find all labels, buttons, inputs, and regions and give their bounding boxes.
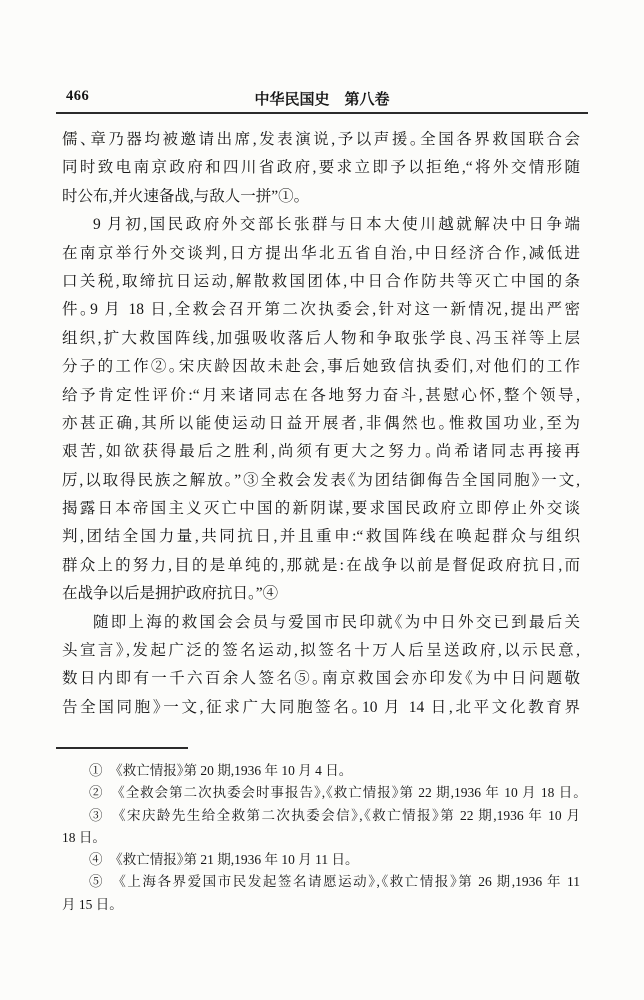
body-line: 在战争以后是拥护政府抗日。”④	[62, 580, 580, 608]
header-rule	[56, 112, 588, 114]
footnote-line: 18 日。	[62, 827, 580, 849]
book-page: 466 中华民国史 第八卷 儒、章乃器均被邀请出席,发表演说,予以声援。全国各界…	[0, 0, 644, 1000]
running-header: 466 中华民国史 第八卷	[56, 88, 588, 108]
body-line: 儒、章乃器均被邀请出席,发表演说,予以声援。全国各界救国联合会	[62, 126, 580, 154]
footnote-line: ③ 《宋庆龄先生给全救第二次执委会信》,《救亡情报》第 22 期,1936 年 …	[62, 805, 580, 827]
header-title: 中华民国史 第八卷	[56, 88, 588, 109]
body-line: 在南京举行外交谈判,日方提出华北五省自治,中日经济合作,减低进	[62, 240, 580, 268]
body-line: 随即上海的救国会会员与爱国市民印就《为中日外交已到最后关	[62, 609, 580, 637]
body-line: 判,团结全国力量,共同抗日,并且重申:“救国阵线在唤起群众与组织	[62, 523, 580, 551]
footnote-line: ② 《全救会第二次执委会时事报告》,《救亡情报》第 22 期,1936 年 10…	[62, 782, 580, 804]
body-line: 9 月初,国民政府外交部长张群与日本大使川越就解决中日争端	[62, 211, 580, 239]
body-line: 口关税,取缔抗日运动,解散救国团体,中日合作防共等灭亡中国的条	[62, 268, 580, 296]
body-line: 分子的工作②。宋庆龄因故未赴会,事后她致信执委们,对他们的工作	[62, 353, 580, 381]
footnote-line: 月 15 日。	[62, 894, 580, 916]
footnote-line: ④ 《救亡情报》第 21 期,1936 年 10 月 11 日。	[62, 849, 580, 871]
footnote-divider	[56, 747, 188, 749]
body-line: 揭露日本帝国主义灭亡中国的新阴谋,要求国民政府立即停止外交谈	[62, 495, 580, 523]
footnote-line: ① 《救亡情报》第 20 期,1936 年 10 月 4 日。	[62, 760, 580, 782]
body-line: 厉,以取得民族之解放。”③全救会发表《为团结御侮告全国同胞》一文,	[62, 467, 580, 495]
body-line: 同时致电南京政府和四川省政府,要求立即予以拒绝,“将外交情形随	[62, 154, 580, 182]
body-line: 告全国同胞》一文,征求广大同胞签名。10 月 14 日,北平文化教育界	[62, 694, 580, 722]
body-line: 组织,扩大救国阵线,加强吸收落后人物和争取张学良、冯玉祥等上层	[62, 325, 580, 353]
body-line: 头宣言》,发起广泛的签名运动,拟签名十万人后呈送政府,以示民意,	[62, 637, 580, 665]
footnote-line: ⑤ 《上海各界爱国市民发起签名请愿运动》,《救亡情报》第 26 期,1936 年…	[62, 871, 580, 893]
body-line: 艰苦,如欲获得最后之胜利,尚须有更大之努力。尚希诸同志再接再	[62, 438, 580, 466]
body-line: 群众上的努力,目的是单纯的,那就是:在战争以前是督促政府抗日,而	[62, 552, 580, 580]
body-line: 给予肯定性评价:“月来诸同志在各地努力奋斗,甚慰心怀,整个领导,	[62, 382, 580, 410]
body-text: 儒、章乃器均被邀请出席,发表演说,予以声援。全国各界救国联合会 同时致电南京政府…	[62, 126, 580, 722]
footnotes: ① 《救亡情报》第 20 期,1936 年 10 月 4 日。 ② 《全救会第二…	[62, 760, 580, 916]
body-line: 时公布,并火速备战,与敌人一拼”①。	[62, 183, 580, 211]
body-line: 亦甚正确,其所以能使运动日益开展者,非偶然也。惟救国功业,至为	[62, 410, 580, 438]
body-line: 数日内即有一千六百余人签名⑤。南京救国会亦印发《为中日问题敬	[62, 665, 580, 693]
body-line: 件。9 月 18 日,全救会召开第二次执委会,针对这一新情况,提出严密	[62, 296, 580, 324]
